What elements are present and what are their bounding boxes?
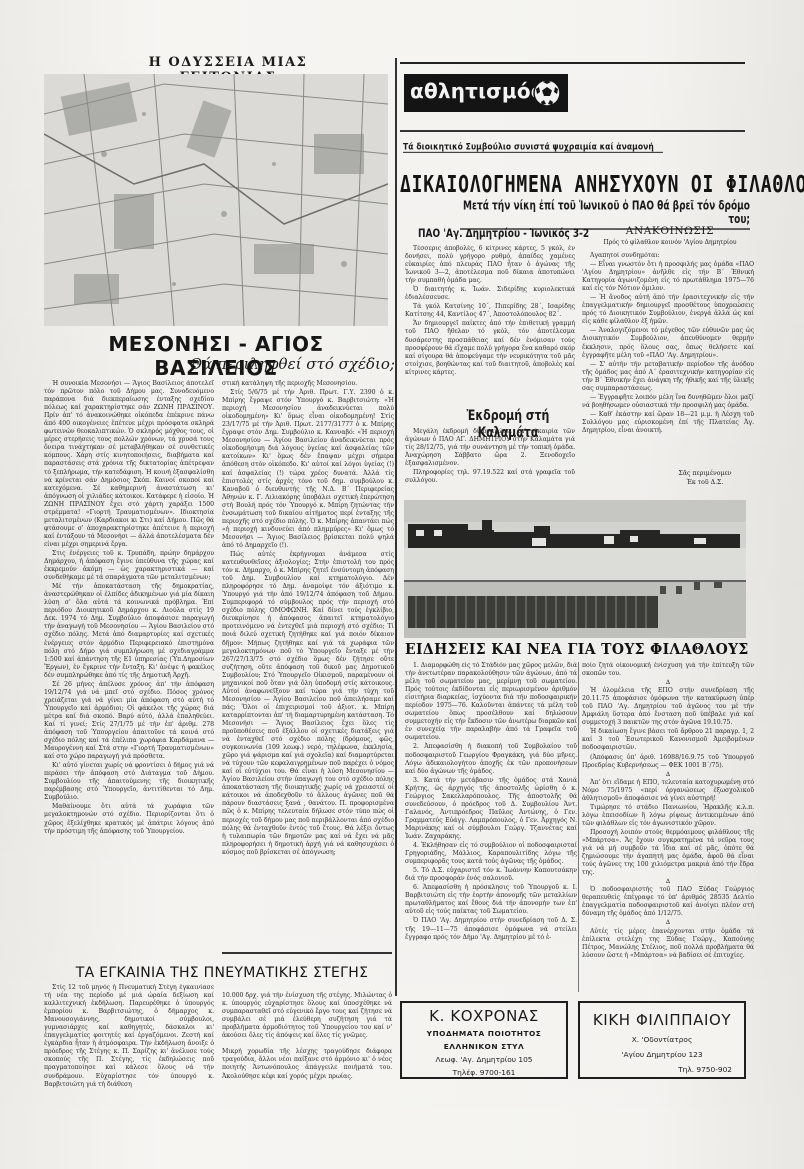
announcements-signoff: Σᾶς περιμένομεν Ἐκ τοῦ Δ.Σ. bbox=[655, 469, 755, 487]
paragraph: Πώς αὐτές ἐκρήγνυμαι ἀνάμεσα στίς κατευθ… bbox=[222, 551, 394, 857]
paragraph: Ἀγαπητοί συνδημόται: bbox=[582, 252, 754, 260]
paragraph: Κι' αὐτό γίνεται χωρίς νά φροντίσει ὁ δή… bbox=[44, 762, 214, 802]
signoff-line: Σᾶς περιμένομεν bbox=[655, 469, 755, 478]
paragraph: Ἡ δικαίωση ἔγινε βάσει τοῦ ἄρθρου 21 παρ… bbox=[582, 728, 754, 752]
inauguration-column-1: Στίς 12 τοῦ μηνός ἡ Πνευματική Στέγη ἐγκ… bbox=[44, 984, 214, 1099]
ad-line: Χ. 'Οδοντίατρος bbox=[580, 1035, 744, 1044]
paragraph: Στίς 12 τοῦ μηνός ἡ Πνευματική Στέγη ἐγκ… bbox=[44, 984, 214, 1089]
article-subheadline: Θά περιληφθεί στό σχέδιο; bbox=[180, 355, 395, 373]
column-divider bbox=[222, 952, 392, 954]
column-divider bbox=[578, 662, 579, 992]
inauguration-column-2: 10.000 δρχ. γιά τήν ἐνίσχυση τῆς στέγης.… bbox=[222, 984, 392, 1099]
ad-phone: Τηλ. 9750-902 bbox=[580, 1065, 744, 1074]
announcements-body: Ἀγαπητοί συνδημόται: — Εἶναι γνωστόν ὅτι… bbox=[582, 252, 754, 468]
paragraph: — Καθ' ἑκάστην καί ὥραν 18—21 μ.μ. ἡ Λέσ… bbox=[582, 411, 754, 435]
paragraph: στική κατάληψη τῆς περιοχῆς Μεσονησίου. bbox=[222, 380, 394, 388]
advertisement-filippaiou: ΚΙΚΗ ΦΙΛΙΠΠΑΙΟΥ Χ. 'Οδοντίατρος 'Αγίου Δ… bbox=[578, 1001, 746, 1079]
paragraph: 1. Διαμορφώθη εἰς τό Στάδιόν μας χῶρος μ… bbox=[405, 662, 577, 742]
beach-seafront-photo bbox=[404, 500, 746, 638]
article-column-2: στική κατάληψη τῆς περιοχῆς Μεσονησίου. … bbox=[222, 380, 394, 958]
paragraph: Ἄν δημιουργεῖ παίκτες ἀπό τήν ἐπιθετική … bbox=[405, 320, 575, 376]
page-divider bbox=[395, 58, 397, 996]
announcements-title: ΑΝΑΚΟΙΝΩΣΙΣ bbox=[580, 225, 760, 237]
article-column-1: Ἡ συνοικία Μεσονήσι — Ἅγιος Βασίλειος ἀπ… bbox=[44, 380, 214, 958]
news-section-title: ΕΙΔΗΣΕΙΣ ΚΑΙ ΝΕΑ ΓΙΑ ΤΟΥΣ ΦΙΛΑΘΛΟΥΣ bbox=[405, 641, 743, 658]
paragraph: Πληροφορίες τηλ. 97.19.522 καί στά γραφε… bbox=[405, 469, 575, 485]
paragraph: — Ἡ ἄνοδος αὐτή ἀπό τήν ἐρασιτεχνικήν εἰ… bbox=[582, 294, 754, 326]
paragraph: Ἀπ' ὅτι εἴδαμε ἡ ΕΠΟ, τελευταία κατοχυρω… bbox=[582, 779, 754, 803]
sports-headline: ΔΙΚΑΙΟΛΟΓΗΜΕΝΑ ΑΝΗΣΥΧΟΥΝ ΟΙ ΦΙΛΑΘΛΟΙ; bbox=[400, 171, 750, 198]
paragraph: Προσοχή λοιπόν στούς θερμόαιμους φιλάθλο… bbox=[582, 829, 754, 877]
separator-mark: ∆ bbox=[582, 679, 754, 687]
soccer-ball-icon bbox=[532, 78, 562, 108]
paragraph: Σέ 26 μήνες ἀπέλυσε χρόνος ἀπ' τήν ἀπόφα… bbox=[44, 681, 214, 761]
inauguration-title: ΤΑ ΕΓΚΑΙΝΙΑ ΤΗΣ ΠΝΕΥΜΑΤΙΚΗΣ ΣΤΕΓΗΣ bbox=[44, 965, 400, 981]
paragraph: 3. Κατά τήν μετάβασιν τῆς ὁμάδος στά Χαν… bbox=[405, 777, 577, 841]
ad-line: ΕΛΛΗΝΙΚΟΝ ΣΤΥΛ bbox=[402, 1042, 566, 1051]
top-rule bbox=[400, 62, 745, 64]
paragraph: 5. Τό Δ.Σ. εὐχαριστεῖ τόν κ. Ἰωάννην Καπ… bbox=[405, 867, 577, 883]
paragraph: Μέ τήν ἀποκατάσταση τῆς δημοκρατίας, ἀνα… bbox=[44, 583, 214, 680]
separator-mark: ∆ bbox=[582, 919, 754, 927]
paragraph: Στις ἐνέργειες τοῦ κ. Τρυπάδη, πρώην δημ… bbox=[44, 550, 214, 582]
paragraph: — Σ' αὐτήν τήν μεταβατικήν περίοδον τῆς … bbox=[582, 361, 754, 393]
paragraph: — Εἶναι γνωστόν ὅτι ἡ προσφιλής μας ὁμάδ… bbox=[582, 261, 754, 293]
ad-business-name: ΚΙΚΗ ΦΙΛΙΠΠΑΙΟΥ bbox=[580, 1011, 744, 1029]
paragraph: (Ἀπόφασις ὑπ' ἀριθ. 16988/16.9.75 τοῦ Ὑπ… bbox=[582, 754, 754, 770]
paragraph: Ὁ διαιτητής κ. Ἰωάν. Σιδερίδης κυριολεκτ… bbox=[405, 286, 575, 302]
paragraph: Τέσσερις ἀποβολές, 6 κίτρινες κάρτες, 5 … bbox=[405, 245, 575, 285]
paragraph: 6. Ἀπεφασίσθη ἡ πρόσκλησις τοῦ Ὑπουργοῦ … bbox=[405, 884, 577, 916]
sports-kicker: Τά διοικητικό Συμβούλιο συνιστά ψυχραιμί… bbox=[403, 141, 663, 153]
ad-line: ΥΠΟΔΗΜΑΤΑ ΠΟΙΟΤΗΤΟΣ bbox=[402, 1029, 566, 1038]
paragraph: 2. Ἀπεφασίσθη ἡ διακοπή τοῦ Συμβολαίου τ… bbox=[405, 743, 577, 775]
separator-mark: ∆ bbox=[582, 878, 754, 886]
paragraph: Ὁ ποδοσφαιριστής τοῦ ΠΑΟ Ξύδας Γεώργιος … bbox=[582, 886, 754, 918]
separator-mark: ∆ bbox=[582, 771, 754, 779]
paragraph: — Ἐγγραφῆτε λοιπόν μέλη ἵνα δυνηθῶμεν ὅλ… bbox=[582, 394, 754, 410]
paragraph: — Ἀναλογιζόμενοι τό μέγεθος τῶν εὐθυνῶν … bbox=[582, 327, 754, 359]
paragraph: Τιμώρησε τό στάδιο Πανιωνίου, Ἡρακλῆς κ.… bbox=[582, 804, 754, 828]
match-report-title: ΠΑΟ 'Αγ. Δημητρίου - Ἰωνικός 3-2 bbox=[418, 228, 583, 241]
paragraph: ποίο ζητά οἰκονομική ἐνίσχυση γιά τήν ἐπ… bbox=[582, 662, 754, 678]
paragraph: Ἡ ὁλομέλεια τῆς ΕΠΟ στήν συνεδρίαση τῆς … bbox=[582, 687, 754, 727]
paragraph: Τά γκόλ Κατσίνης 10΄, Πιπερίδης 28΄, Ισα… bbox=[405, 303, 575, 319]
ad-address: Λεωφ. 'Αγ. Δημητρίου 105 bbox=[402, 1055, 566, 1064]
news-column-1: 1. Διαμορφώθη εἰς τό Στάδιόν μας χῶρος μ… bbox=[405, 662, 577, 992]
paragraph: Ἡ συνοικία Μεσονήσι — Ἅγιος Βασίλειος ἀπ… bbox=[44, 380, 214, 549]
paragraph: Ὁ ΠΑΟ 'Αγ. Δημητρίου στήν συνεδρίαση τοῦ… bbox=[405, 917, 577, 941]
newspaper-page: Η ΟΔΥΣΣΕΙΑ ΜΙΑΣ ΓΕΙΤΟΝΙΑΣ bbox=[0, 0, 804, 1169]
ad-address: 'Αγίου Δημητρίου 123 bbox=[580, 1050, 744, 1059]
paragraph: Μεγάλη ἐκδρομή διοργανώνει ἐπ' εὐκαιρία … bbox=[405, 428, 575, 468]
announcements-subtitle: Πρός τό φίλαθλον κοινόν 'Αγίου Δημητρίου bbox=[580, 239, 760, 246]
paragraph: 10.000 δρχ. γιά τήν ἐνίσχυση τῆς στέγης.… bbox=[222, 992, 392, 1081]
paragraph: Μαθαίνουμε ὅτι αὐτά τά χωράφια τῶν μεγαλ… bbox=[44, 803, 214, 835]
paragraph: 4. Ἐκλήθησαν εἰς τό συμβούλιον οἱ ποδοσφ… bbox=[405, 842, 577, 866]
excursion-body: Μεγάλη ἐκδρομή διοργανώνει ἐπ' εὐκαιρία … bbox=[405, 428, 575, 494]
signoff-line: Ἐκ τοῦ Δ.Σ. bbox=[655, 478, 755, 487]
paragraph: Αὐτές τίς μέρες ἐπανέρχονται στήν ὁμάδα … bbox=[582, 928, 754, 960]
advertisement-kochronas: Κ. ΚΟΧΡΟΝΑΣ ΥΠΟΔΗΜΑΤΑ ΠΟΙΟΤΗΤΟΣ ΕΛΛΗΝΙΚΟ… bbox=[400, 1001, 568, 1079]
ad-phone: Τηλέφ. 9700-161 bbox=[402, 1068, 566, 1077]
aerial-map-photo bbox=[44, 74, 388, 326]
news-column-2: ποίο ζητά οἰκονομική ἐνίσχυση γιά τήν ἐπ… bbox=[582, 662, 754, 994]
match-report-body: Τέσσερις ἀποβολές, 6 κίτρινες κάρτες, 5 … bbox=[405, 245, 575, 395]
section-rule bbox=[400, 130, 745, 132]
paragraph: Στίς 5/6/75 μέ τήν Ἀριθ. Πρωτ. Γ.Υ. 2390… bbox=[222, 389, 394, 550]
ad-business-name: Κ. ΚΟΧΡΟΝΑΣ bbox=[402, 1007, 566, 1025]
